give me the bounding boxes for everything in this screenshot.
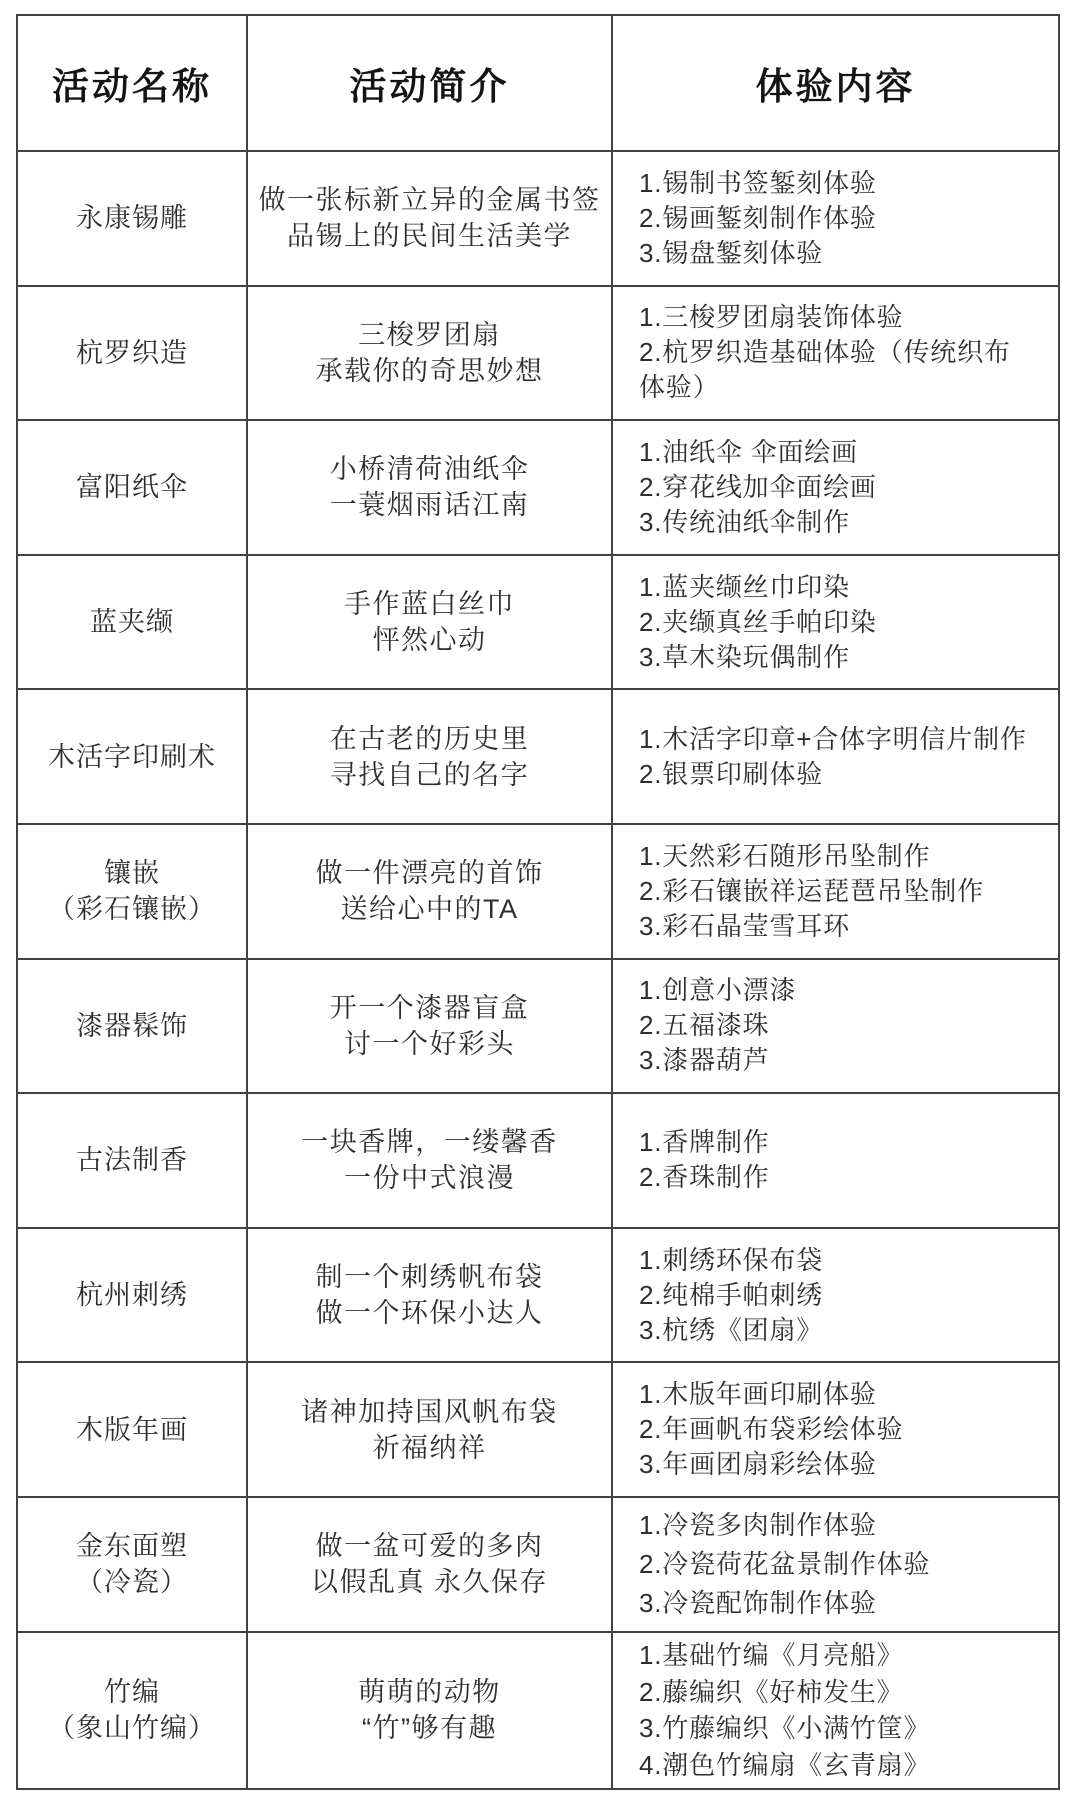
experience-item: 1.三梭罗团扇装饰体验: [639, 300, 1058, 335]
header-activity-intro: 活动简介: [247, 15, 612, 151]
intro-line: 承载你的奇思妙想: [248, 353, 611, 389]
activity-name-cell: 竹编 （象山竹编）: [17, 1632, 247, 1789]
intro-line: “竹”够有趣: [248, 1710, 611, 1746]
experience-item: 2.香珠制作: [639, 1160, 1058, 1195]
experience-item: 1.基础竹编《月亮船》: [639, 1637, 1058, 1674]
experience-item: 1.天然彩石随形吊坠制作: [639, 839, 1058, 874]
table-row: 杭罗织造 三梭罗团扇 承载你的奇思妙想 1.三梭罗团扇装饰体验 2.杭罗织造基础…: [17, 286, 1059, 421]
experience-items-cell: 1.天然彩石随形吊坠制作 2.彩石镶嵌祥运琵琶吊坠制作 3.彩石晶莹雪耳环: [612, 824, 1059, 959]
experience-items-cell: 1.香牌制作 2.香珠制作: [612, 1093, 1059, 1228]
activity-intro-cell: 萌萌的动物 “竹”够有趣: [247, 1632, 612, 1789]
experience-item: 3.锡盘錾刻体验: [639, 236, 1058, 271]
experience-item: 2.彩石镶嵌祥运琵琶吊坠制作: [639, 874, 1058, 909]
activity-name: 金东面塑: [18, 1528, 246, 1564]
intro-line: 做一个环保小达人: [248, 1295, 611, 1331]
intro-line: 制一个刺绣帆布袋: [248, 1259, 611, 1295]
experience-item: 2.杭罗织造基础体验（传统织布体验）: [639, 335, 1025, 405]
activity-name: 木活字印刷术: [18, 739, 246, 775]
table-header-row: 活动名称 活动简介 体验内容: [17, 15, 1059, 151]
activity-name: 竹编: [18, 1674, 246, 1710]
table-row: 永康锡雕 做一张标新立异的金属书签 品锡上的民间生活美学 1.锡制书签錾刻体验 …: [17, 151, 1059, 286]
intro-line: 开一个漆器盲盒: [248, 990, 611, 1026]
experience-item: 1.油纸伞 伞面绘画: [639, 435, 1058, 470]
activity-name-cell: 金东面塑 （冷瓷）: [17, 1497, 247, 1632]
activity-intro-cell: 制一个刺绣帆布袋 做一个环保小达人: [247, 1228, 612, 1363]
activity-intro-cell: 开一个漆器盲盒 讨一个好彩头: [247, 959, 612, 1094]
experience-item: 3.草木染玩偶制作: [639, 640, 1058, 675]
experience-item: 1.蓝夹缬丝巾印染: [639, 570, 1058, 605]
experience-items-cell: 1.三梭罗团扇装饰体验 2.杭罗织造基础体验（传统织布体验）: [612, 286, 1059, 421]
activity-name-subtitle: （彩石镶嵌）: [18, 891, 246, 927]
activity-name-subtitle: （冷瓷）: [18, 1564, 246, 1600]
intro-line: 诸神加持国风帆布袋: [248, 1394, 611, 1430]
activity-intro-cell: 做一盆可爱的多肉 以假乱真 永久保存: [247, 1497, 612, 1632]
intro-line: 做一张标新立异的金属书签: [248, 182, 611, 218]
activity-name: 永康锡雕: [18, 200, 246, 236]
activity-name-cell: 富阳纸伞: [17, 420, 247, 555]
intro-line: 一块香牌，一缕馨香: [248, 1124, 611, 1160]
activity-intro-cell: 诸神加持国风帆布袋 祈福纳祥: [247, 1362, 612, 1497]
experience-items-cell: 1.木版年画印刷体验 2.年画帆布袋彩绘体验 3.年画团扇彩绘体验: [612, 1362, 1059, 1497]
experience-items-cell: 1.创意小漂漆 2.五福漆珠 3.漆器葫芦: [612, 959, 1059, 1094]
intro-line: 小桥清荷油纸伞: [248, 451, 611, 487]
experience-item: 3.彩石晶莹雪耳环: [639, 909, 1058, 944]
table-row: 木活字印刷术 在古老的历史里 寻找自己的名字 1.木活字印章+合体字明信片制作 …: [17, 689, 1059, 824]
activity-name: 木版年画: [18, 1412, 246, 1448]
experience-item: 2.穿花线加伞面绘画: [639, 470, 1058, 505]
activity-intro-cell: 小桥清荷油纸伞 一蓑烟雨话江南: [247, 420, 612, 555]
intro-line: 送给心中的TA: [248, 891, 611, 927]
activity-name: 漆器髹饰: [18, 1008, 246, 1044]
intro-line: 讨一个好彩头: [248, 1026, 611, 1062]
activity-name-subtitle: （象山竹编）: [18, 1710, 246, 1746]
experience-item: 1.香牌制作: [639, 1125, 1058, 1160]
activity-name-cell: 漆器髹饰: [17, 959, 247, 1094]
table-row: 古法制香 一块香牌，一缕馨香 一份中式浪漫 1.香牌制作 2.香珠制作: [17, 1093, 1059, 1228]
activity-name-cell: 蓝夹缬: [17, 555, 247, 690]
intro-line: 品锡上的民间生活美学: [248, 218, 611, 254]
experience-item: 3.传统油纸伞制作: [639, 505, 1058, 540]
activity-intro-cell: 在古老的历史里 寻找自己的名字: [247, 689, 612, 824]
experience-item: 2.五福漆珠: [639, 1008, 1058, 1043]
experience-item: 1.木活字印章+合体字明信片制作: [639, 722, 1058, 757]
activity-name: 镶嵌: [18, 855, 246, 891]
experience-item: 3.年画团扇彩绘体验: [639, 1447, 1058, 1482]
intro-line: 在古老的历史里: [248, 721, 611, 757]
table-row: 富阳纸伞 小桥清荷油纸伞 一蓑烟雨话江南 1.油纸伞 伞面绘画 2.穿花线加伞面…: [17, 420, 1059, 555]
table-row: 金东面塑 （冷瓷） 做一盆可爱的多肉 以假乱真 永久保存 1.冷瓷多肉制作体验 …: [17, 1497, 1059, 1632]
activity-intro-cell: 做一张标新立异的金属书签 品锡上的民间生活美学: [247, 151, 612, 286]
activity-name-cell: 杭州刺绣: [17, 1228, 247, 1363]
table-row: 镶嵌 （彩石镶嵌） 做一件漂亮的首饰 送给心中的TA 1.天然彩石随形吊坠制作 …: [17, 824, 1059, 959]
intro-line: 手作蓝白丝巾: [248, 586, 611, 622]
activity-name-cell: 木版年画: [17, 1362, 247, 1497]
experience-items-cell: 1.刺绣环保布袋 2.纯棉手帕刺绣 3.杭绣《团扇》: [612, 1228, 1059, 1363]
table-row: 竹编 （象山竹编） 萌萌的动物 “竹”够有趣 1.基础竹编《月亮船》 2.藤编织…: [17, 1632, 1059, 1789]
activity-name: 古法制香: [18, 1142, 246, 1178]
activity-name: 蓝夹缬: [18, 604, 246, 640]
experience-item: 4.潮色竹编扇《玄青扇》: [639, 1747, 1058, 1784]
table-row: 蓝夹缬 手作蓝白丝巾 怦然心动 1.蓝夹缬丝巾印染 2.夹缬真丝手帕印染 3.草…: [17, 555, 1059, 690]
activity-table-container: 活动名称 活动简介 体验内容 永康锡雕 做一张标新立异的金属书签 品锡上的民间生…: [16, 14, 1058, 1790]
intro-line: 一份中式浪漫: [248, 1160, 611, 1196]
table-row: 杭州刺绣 制一个刺绣帆布袋 做一个环保小达人 1.刺绣环保布袋 2.纯棉手帕刺绣…: [17, 1228, 1059, 1363]
experience-items-cell: 1.冷瓷多肉制作体验 2.冷瓷荷花盆景制作体验 3.冷瓷配饰制作体验: [612, 1497, 1059, 1632]
experience-item: 2.冷瓷荷花盆景制作体验: [639, 1545, 1058, 1584]
activity-intro-cell: 一块香牌，一缕馨香 一份中式浪漫: [247, 1093, 612, 1228]
intro-line: 祈福纳祥: [248, 1430, 611, 1466]
table-row: 木版年画 诸神加持国风帆布袋 祈福纳祥 1.木版年画印刷体验 2.年画帆布袋彩绘…: [17, 1362, 1059, 1497]
experience-items-cell: 1.木活字印章+合体字明信片制作 2.银票印刷体验: [612, 689, 1059, 824]
experience-items-cell: 1.锡制书签錾刻体验 2.锡画錾刻制作体验 3.锡盘錾刻体验: [612, 151, 1059, 286]
intro-line: 做一件漂亮的首饰: [248, 855, 611, 891]
experience-item: 2.银票印刷体验: [639, 757, 1058, 792]
activity-name-cell: 镶嵌 （彩石镶嵌）: [17, 824, 247, 959]
intro-line: 三梭罗团扇: [248, 317, 611, 353]
intro-line: 以假乱真 永久保存: [248, 1564, 611, 1600]
experience-item: 2.年画帆布袋彩绘体验: [639, 1412, 1058, 1447]
activity-table: 活动名称 活动简介 体验内容 永康锡雕 做一张标新立异的金属书签 品锡上的民间生…: [16, 14, 1060, 1790]
activity-name: 杭罗织造: [18, 335, 246, 371]
header-activity-name: 活动名称: [17, 15, 247, 151]
experience-item: 1.木版年画印刷体验: [639, 1377, 1058, 1412]
activity-name-cell: 木活字印刷术: [17, 689, 247, 824]
intro-line: 做一盆可爱的多肉: [248, 1528, 611, 1564]
intro-line: 寻找自己的名字: [248, 757, 611, 793]
activity-name-cell: 杭罗织造: [17, 286, 247, 421]
experience-items-cell: 1.油纸伞 伞面绘画 2.穿花线加伞面绘画 3.传统油纸伞制作: [612, 420, 1059, 555]
table-row: 漆器髹饰 开一个漆器盲盒 讨一个好彩头 1.创意小漂漆 2.五福漆珠 3.漆器葫…: [17, 959, 1059, 1094]
activity-intro-cell: 手作蓝白丝巾 怦然心动: [247, 555, 612, 690]
experience-item: 2.纯棉手帕刺绣: [639, 1278, 1058, 1313]
activity-name: 富阳纸伞: [18, 469, 246, 505]
intro-line: 一蓑烟雨话江南: [248, 487, 611, 523]
experience-item: 2.锡画錾刻制作体验: [639, 201, 1058, 236]
experience-item: 3.竹藤编织《小满竹筐》: [639, 1710, 1058, 1747]
experience-item: 1.刺绣环保布袋: [639, 1243, 1058, 1278]
activity-name-cell: 古法制香: [17, 1093, 247, 1228]
experience-item: 3.冷瓷配饰制作体验: [639, 1584, 1058, 1623]
experience-item: 2.夹缬真丝手帕印染: [639, 605, 1058, 640]
experience-item: 3.漆器葫芦: [639, 1043, 1058, 1078]
experience-item: 1.锡制书签錾刻体验: [639, 166, 1058, 201]
activity-intro-cell: 三梭罗团扇 承载你的奇思妙想: [247, 286, 612, 421]
experience-item: 3.杭绣《团扇》: [639, 1313, 1058, 1348]
experience-item: 1.冷瓷多肉制作体验: [639, 1506, 1058, 1545]
activity-name: 杭州刺绣: [18, 1277, 246, 1313]
activity-name-cell: 永康锡雕: [17, 151, 247, 286]
intro-line: 萌萌的动物: [248, 1674, 611, 1710]
experience-item: 2.藤编织《好柿发生》: [639, 1674, 1058, 1711]
activity-intro-cell: 做一件漂亮的首饰 送给心中的TA: [247, 824, 612, 959]
intro-line: 怦然心动: [248, 622, 611, 658]
experience-items-cell: 1.基础竹编《月亮船》 2.藤编织《好柿发生》 3.竹藤编织《小满竹筐》 4.潮…: [612, 1632, 1059, 1789]
experience-item: 1.创意小漂漆: [639, 973, 1058, 1008]
experience-items-cell: 1.蓝夹缬丝巾印染 2.夹缬真丝手帕印染 3.草木染玩偶制作: [612, 555, 1059, 690]
header-experience-content: 体验内容: [612, 15, 1059, 151]
